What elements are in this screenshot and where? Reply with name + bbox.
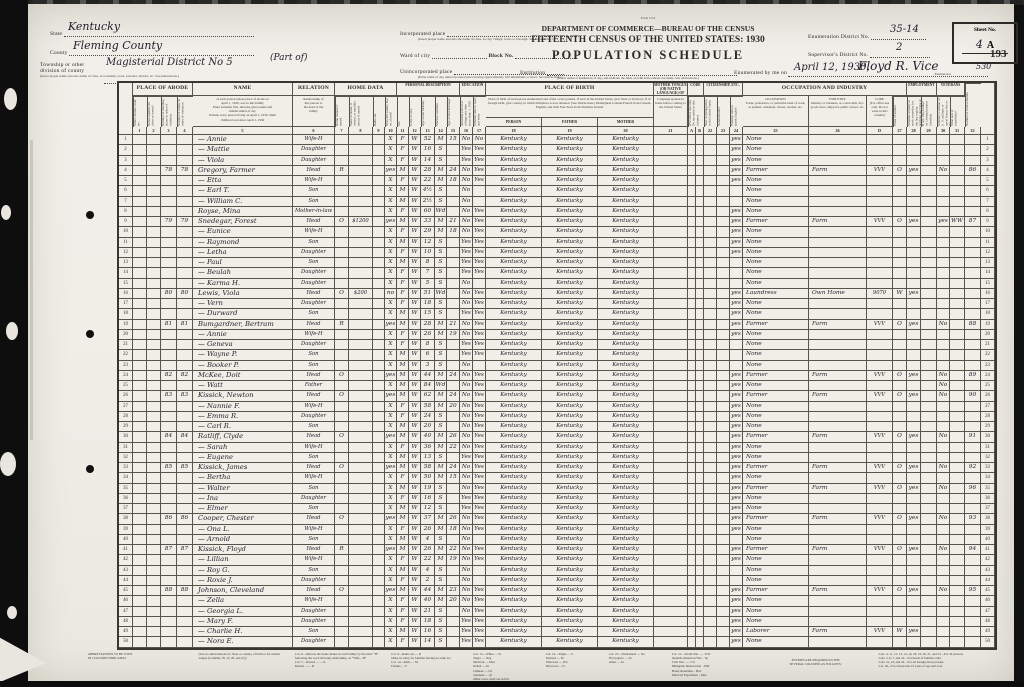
header-name-desc: of each person whose place of abode on A… (193, 96, 293, 127)
cell-owned-rented: O (335, 289, 349, 299)
cell-industry: Farm (809, 320, 867, 330)
cell-street (133, 494, 147, 504)
cell-sex: F (397, 443, 409, 453)
cell-farm-schedule (965, 607, 981, 617)
cell-occupation: None (743, 197, 809, 207)
line-number-left: 39 (119, 525, 133, 535)
header-column-number: B (696, 127, 704, 135)
cell-worker-class (893, 453, 907, 463)
line-number-left: 38 (119, 514, 133, 524)
cell-read-write: Yes (473, 227, 486, 237)
cell-mother-tongue (654, 309, 688, 319)
cell-color-race: W (409, 504, 421, 514)
cell-mother-tongue (654, 525, 688, 535)
cell-at-work (907, 350, 921, 360)
cell-occupation: None (743, 473, 809, 483)
cell-farm-schedule (965, 309, 981, 319)
cell-age-first-marriage (447, 627, 460, 637)
header-education: EDUCATION (460, 83, 486, 96)
cell-marital: S (435, 268, 447, 278)
cell-occupation: None (743, 525, 809, 535)
cell-age-first-marriage: 19 (447, 330, 460, 340)
cell-code-a (688, 227, 696, 237)
cell-age-first-marriage (447, 494, 460, 504)
cell-radio (373, 299, 385, 309)
ed-value: 35-14 (890, 24, 919, 35)
cell-naturalization (717, 156, 730, 166)
cell-farm-schedule (965, 453, 981, 463)
cell-occupation-code: VVV (867, 432, 893, 442)
header-column-number: 16 (460, 127, 473, 135)
cell-occupation: Farmer (743, 320, 809, 330)
cell-read-write: Yes (473, 453, 486, 463)
cell-owned-rented: O (335, 586, 349, 596)
institution-note: (Insert name of institution, if any, and… (528, 76, 728, 80)
cell-street (133, 381, 147, 391)
state-value: Kentucky (68, 20, 120, 33)
cell-family-number: 81 (177, 320, 193, 330)
cell-school: Yes (460, 145, 473, 155)
cell-street (133, 371, 147, 381)
cell-birthplace-mother: Kentucky (598, 494, 654, 504)
cell-veteran: No (937, 463, 950, 473)
cell-industry: Own Home (809, 289, 867, 299)
cell-code-b (696, 535, 704, 545)
cell-at-work: yes (907, 320, 921, 330)
cell-sex: M (397, 504, 409, 514)
cell-birthplace-person: Kentucky (486, 637, 542, 647)
cell-read-write: Yes (473, 289, 486, 299)
cell-immigration-year (704, 494, 717, 504)
cell-occupation-code (867, 268, 893, 278)
cell-home-value (349, 412, 373, 422)
cell-mother-tongue (654, 412, 688, 422)
cell-worker-class (893, 555, 907, 565)
cell-occupation: Farmer (743, 166, 809, 176)
cell-industry (809, 227, 867, 237)
header-column-number: 15 (447, 127, 460, 135)
cell-farm-residence: yes (385, 514, 397, 524)
cell-marital: S (435, 412, 447, 422)
footer-col14: Col. 14—Single .... S Married .... M Wid… (546, 652, 603, 669)
cell-birthplace-father: Kentucky (542, 350, 598, 360)
cell-naturalization (717, 596, 730, 606)
cell-birthplace-father: Kentucky (542, 197, 598, 207)
cell-immigration-year (704, 535, 717, 545)
cell-marital: S (435, 484, 447, 494)
cell-mother-tongue (654, 145, 688, 155)
line-number-left: 16 (119, 289, 133, 299)
cell-war (950, 350, 965, 360)
cell-color-race: W (409, 320, 421, 330)
cell-unemployment-line (921, 258, 937, 268)
header-read-write: Whether able to read and write (473, 96, 486, 127)
cell-age: 16 (421, 145, 435, 155)
cell-age-first-marriage (447, 268, 460, 278)
cell-farm-schedule: 89 (965, 371, 981, 381)
cell-school: Yes (460, 238, 473, 248)
cell-home-value (349, 258, 373, 268)
cell-marital: M (435, 463, 447, 473)
cell-dwelling-number: 78 (161, 166, 177, 176)
cell-owned-rented (335, 340, 349, 350)
cell-birthplace-person: Kentucky (486, 381, 542, 391)
cell-naturalization (717, 197, 730, 207)
header-pob-mother: MOTHER (597, 118, 653, 126)
line-number-left: 31 (119, 443, 133, 453)
header-column-number: 11 (397, 127, 409, 135)
cell-birthplace-mother: Kentucky (598, 238, 654, 248)
cell-code-b (696, 207, 704, 217)
cell-age-first-marriage: 24 (447, 463, 460, 473)
cell-at-work (907, 279, 921, 289)
cell-farm-residence: X (385, 494, 397, 504)
cell-dwelling-number (161, 279, 177, 289)
cell-industry (809, 607, 867, 617)
cell-age: 6 (421, 350, 435, 360)
cell-code-a (688, 156, 696, 166)
cell-speaks-english: yes (730, 217, 743, 227)
cell-unemployment-line (921, 412, 937, 422)
cell-industry (809, 156, 867, 166)
cell-age: 14 (421, 637, 435, 647)
cell-family-number (177, 135, 193, 145)
cell-age: 40 (421, 596, 435, 606)
cell-industry (809, 238, 867, 248)
cell-age-first-marriage: 26 (447, 514, 460, 524)
cell-age: 4 (421, 535, 435, 545)
cell-industry (809, 504, 867, 514)
cell-speaks-english: yes (730, 453, 743, 463)
cell-immigration-year (704, 227, 717, 237)
cell-home-value (349, 514, 373, 524)
cell-war (950, 422, 965, 432)
cell-worker-class (893, 412, 907, 422)
cell-sex: M (397, 197, 409, 207)
cell-war (950, 145, 965, 155)
cell-school: Yes (460, 350, 473, 360)
cell-occupation-code (867, 607, 893, 617)
cell-war (950, 504, 965, 514)
cell-radio (373, 268, 385, 278)
cell-relation: Wife-H (293, 330, 335, 340)
cell-read-write: Yes (473, 330, 486, 340)
cell-veteran (937, 197, 950, 207)
cell-home-value (349, 473, 373, 483)
cell-house-number (147, 156, 161, 166)
cell-worker-class (893, 402, 907, 412)
cell-home-value (349, 320, 373, 330)
cell-unemployment-line (921, 432, 937, 442)
cell-house-number (147, 268, 161, 278)
cell-age: 26 (421, 545, 435, 555)
cell-family-number (177, 494, 193, 504)
cell-mother-tongue (654, 422, 688, 432)
cell-family-number: 78 (177, 166, 193, 176)
cell-occupation: Laundress (743, 289, 809, 299)
cell-school: No (460, 289, 473, 299)
cell-occupation: None (743, 596, 809, 606)
cell-occupation: None (743, 156, 809, 166)
cell-radio (373, 135, 385, 145)
cell-sex: F (397, 176, 409, 186)
cell-speaks-english (730, 197, 743, 207)
cell-immigration-year (704, 340, 717, 350)
cell-age-first-marriage (447, 350, 460, 360)
form-number: Form 15-6 (618, 16, 678, 20)
cell-owned-rented (335, 525, 349, 535)
cell-house-number (147, 607, 161, 617)
header-employment: EMPLOYMENT (907, 83, 937, 96)
cell-war (950, 258, 965, 268)
cell-relation: Son (293, 627, 335, 637)
cell-immigration-year (704, 186, 717, 196)
cell-home-value (349, 576, 373, 586)
cell-birthplace-mother: Kentucky (598, 525, 654, 535)
line-number-right: 45 (981, 586, 995, 596)
cell-name: — Zella (193, 596, 293, 606)
cell-war (950, 545, 965, 555)
cell-birthplace-mother: Kentucky (598, 473, 654, 483)
footer-col23: Col. 23—Naturalized .... Na First papers… (609, 652, 666, 664)
cell-name: Snedegar, Forest (193, 217, 293, 227)
cell-occupation: Farmer (743, 586, 809, 596)
cell-birthplace-person: Kentucky (486, 525, 542, 535)
cell-occupation-code (867, 555, 893, 565)
cell-occupation-code (867, 248, 893, 258)
line-number-right: 5 (981, 176, 995, 186)
cell-house-number (147, 473, 161, 483)
cell-house-number (147, 391, 161, 401)
cell-naturalization (717, 453, 730, 463)
cell-birthplace-person: Kentucky (486, 576, 542, 586)
cell-sex: F (397, 473, 409, 483)
cell-age-first-marriage (447, 309, 460, 319)
cell-industry (809, 422, 867, 432)
cell-speaks-english (730, 361, 743, 371)
line-number-right: 44 (981, 576, 995, 586)
header-mother-tongue: MOTHER TONGUE (OR NATIVE LANGUAGE) OF FO… (654, 83, 688, 96)
cell-relation: Head (293, 371, 335, 381)
cell-unemployment-line (921, 156, 937, 166)
cell-veteran (937, 412, 950, 422)
cell-home-value (349, 299, 373, 309)
cell-read-write (473, 279, 486, 289)
cell-sex: M (397, 432, 409, 442)
cell-immigration-year (704, 156, 717, 166)
cell-birthplace-mother: Kentucky (598, 309, 654, 319)
cell-code-a (688, 186, 696, 196)
cell-code-a (688, 586, 696, 596)
cell-dwelling-number (161, 207, 177, 217)
cell-at-work (907, 381, 921, 391)
cell-read-write: Yes (473, 617, 486, 627)
cell-unemployment-line (921, 299, 937, 309)
cell-relation: Head (293, 289, 335, 299)
cell-occupation: None (743, 453, 809, 463)
cell-farm-schedule (965, 412, 981, 422)
cell-sex: M (397, 484, 409, 494)
cell-name: — Lillian (193, 555, 293, 565)
cell-code-a (688, 473, 696, 483)
cell-relation: Wife-H (293, 402, 335, 412)
cell-age: 33 (421, 217, 435, 227)
cell-family-number (177, 627, 193, 637)
cell-code-a (688, 453, 696, 463)
cell-family-number: 84 (177, 432, 193, 442)
cell-house-number (147, 381, 161, 391)
cell-school: No (460, 320, 473, 330)
cell-code-a (688, 535, 696, 545)
cell-occupation: None (743, 402, 809, 412)
cell-radio (373, 350, 385, 360)
cell-naturalization (717, 494, 730, 504)
cell-owned-rented (335, 207, 349, 217)
cell-owned-rented (335, 145, 349, 155)
cell-veteran (937, 617, 950, 627)
cell-immigration-year (704, 361, 717, 371)
cell-worker-class: O (893, 484, 907, 494)
cell-dwelling-number (161, 402, 177, 412)
cell-read-write (473, 197, 486, 207)
line-number-right: 39 (981, 525, 995, 535)
cell-farm-residence: X (385, 309, 397, 319)
cell-school: No (460, 176, 473, 186)
line-number-right: 14 (981, 268, 995, 278)
census-table: PLACE OF ABODEStreet, avenue, road, etc.… (117, 81, 997, 650)
cell-birthplace-father: Kentucky (542, 156, 598, 166)
cell-marital: S (435, 627, 447, 637)
cell-relation: Daughter (293, 412, 335, 422)
cell-at-work: yes (907, 545, 921, 555)
cell-radio (373, 289, 385, 299)
cell-war (950, 268, 965, 278)
cell-code-b (696, 217, 704, 227)
cell-owned-rented: O (335, 217, 349, 227)
cell-farm-schedule (965, 443, 981, 453)
cell-code-b (696, 596, 704, 606)
cell-naturalization (717, 361, 730, 371)
cell-family-number (177, 227, 193, 237)
cell-street (133, 299, 147, 309)
cell-at-work (907, 443, 921, 453)
cell-occupation: None (743, 637, 809, 647)
cell-birthplace-person: Kentucky (486, 156, 542, 166)
cell-age: 12 (421, 238, 435, 248)
cell-birthplace-father: Kentucky (542, 453, 598, 463)
township-label: Township or other division of county (40, 62, 104, 74)
cell-color-race: W (409, 268, 421, 278)
line-number-left: 3 (119, 156, 133, 166)
enumerator-line (788, 76, 988, 77)
cell-owned-rented (335, 299, 349, 309)
cell-at-work (907, 156, 921, 166)
cell-mother-tongue (654, 627, 688, 637)
cell-color-race: W (409, 432, 421, 442)
cell-family-number (177, 197, 193, 207)
cell-street (133, 627, 147, 637)
cell-industry (809, 135, 867, 145)
cell-worker-class (893, 525, 907, 535)
cell-marital: S (435, 422, 447, 432)
cell-unemployment-line (921, 248, 937, 258)
cell-naturalization (717, 279, 730, 289)
cell-birthplace-father: Kentucky (542, 607, 598, 617)
header-veteran-question: Whether a veteran of U. S. military or n… (937, 96, 950, 127)
cell-street (133, 289, 147, 299)
cell-occupation-code (867, 309, 893, 319)
cell-industry: Farm (809, 627, 867, 637)
cell-dwelling-number (161, 504, 177, 514)
cell-relation: Head (293, 463, 335, 473)
cell-dwelling-number (161, 484, 177, 494)
cell-age: 10 (421, 248, 435, 258)
cell-farm-schedule (965, 145, 981, 155)
cell-occupation: None (743, 555, 809, 565)
sheet-label: Sheet No. (954, 24, 1016, 33)
cell-home-value (349, 176, 373, 186)
cell-color-race: W (409, 207, 421, 217)
cell-home-value (349, 402, 373, 412)
cell-immigration-year (704, 289, 717, 299)
cell-farm-residence: X (385, 504, 397, 514)
cell-birthplace-father: Kentucky (542, 586, 598, 596)
cell-dwelling-number (161, 248, 177, 258)
cell-code-b (696, 371, 704, 381)
cell-birthplace-father: Kentucky (542, 279, 598, 289)
cell-house-number (147, 463, 161, 473)
cell-family-number (177, 473, 193, 483)
cell-read-write: Yes (473, 525, 486, 535)
cell-veteran (937, 453, 950, 463)
cell-relation: Daughter (293, 494, 335, 504)
cell-marital: S (435, 494, 447, 504)
cell-family-number (177, 238, 193, 248)
cell-name: — Nannie F. (193, 402, 293, 412)
cell-immigration-year (704, 145, 717, 155)
cell-farm-schedule: 94 (965, 545, 981, 555)
cell-name: — Emma R. (193, 412, 293, 422)
cell-speaks-english (730, 279, 743, 289)
line-number-right: 13 (981, 258, 995, 268)
cell-sex: F (397, 268, 409, 278)
cell-marital: S (435, 238, 447, 248)
cell-birthplace-mother: Kentucky (598, 279, 654, 289)
cell-industry (809, 566, 867, 576)
header-personal-description: PERSONAL DESCRIPTION (397, 83, 460, 96)
cell-birthplace-father: Kentucky (542, 330, 598, 340)
cell-naturalization (717, 268, 730, 278)
cell-veteran: No (937, 514, 950, 524)
header-column-number: 8 (349, 127, 373, 135)
line-number-right: 6 (981, 186, 995, 196)
header-relation-desc: Relationship of this person to the head … (293, 96, 335, 127)
cell-family-number: 82 (177, 371, 193, 381)
cell-family-number (177, 596, 193, 606)
cell-street (133, 227, 147, 237)
cell-worker-class (893, 227, 907, 237)
cell-street (133, 402, 147, 412)
cell-age-first-marriage (447, 197, 460, 207)
cell-war (950, 586, 965, 596)
cell-street (133, 340, 147, 350)
cell-unemployment-line (921, 330, 937, 340)
cell-industry (809, 340, 867, 350)
cell-birthplace-person: Kentucky (486, 566, 542, 576)
cell-farm-residence: X (385, 443, 397, 453)
header-color-race: Color or race (409, 96, 421, 127)
cell-school: No (460, 514, 473, 524)
